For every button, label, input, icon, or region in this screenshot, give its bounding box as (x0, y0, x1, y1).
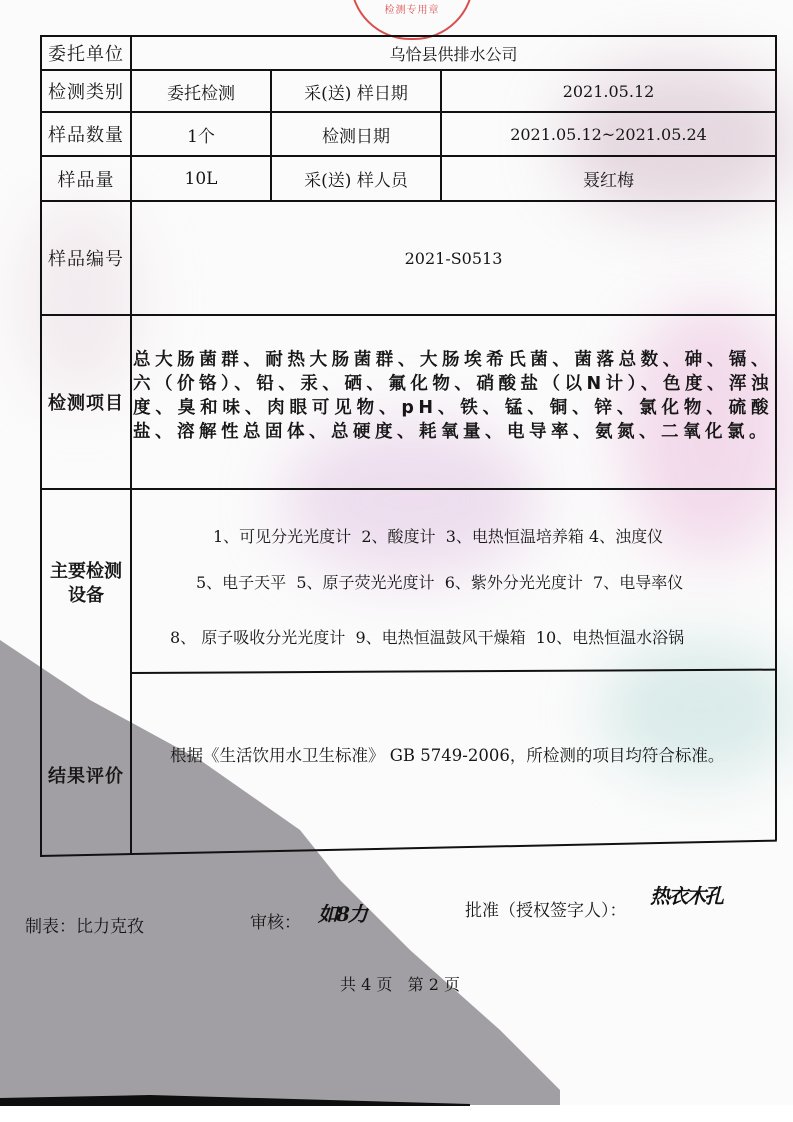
sample-count-value: 1个 (132, 113, 270, 155)
approver-signature: 热衣木孔 (650, 880, 722, 909)
test-date-label: 检测日期 (272, 113, 440, 155)
client-label: 委托单位 (42, 37, 130, 69)
result-value: 根据《生活饮用水卫生标准》 GB 5749-2006，所检测的项目均符合标准。 (170, 742, 724, 766)
test-type-label: 检测类别 (42, 71, 130, 111)
equipment-line-3: 8、 原子吸收分光光度计 9、电热恒温鼓风干燥箱 10、电热恒温水浴锅 (170, 625, 684, 648)
equipment-label-line2: 设备 (42, 584, 130, 608)
sampler-value: 聂红梅 (442, 157, 775, 200)
approved-by-label: 批准（授权签字人）： (465, 896, 627, 921)
result-label: 结果评价 (42, 755, 130, 795)
test-type-value: 委托检测 (132, 71, 270, 111)
equipment-label: 主要检测 设备 (42, 560, 130, 608)
sample-id-value: 2021-S0513 (132, 202, 775, 314)
reviewed-by-label: 审核： (250, 908, 301, 933)
sample-id-label: 样品编号 (42, 202, 130, 314)
sample-amount-label: 样品量 (42, 157, 130, 200)
sample-date-value: 2021.05.12 (442, 71, 775, 111)
sample-date-label: 采(送) 样日期 (272, 71, 440, 111)
row-divider (40, 488, 777, 490)
equipment-label-line1: 主要检测 (42, 560, 130, 584)
equipment-line-2: 5、电子天平 5、原子荧光光度计 6、紫外分光光度计 7、电导率仪 (196, 570, 683, 593)
sampler-label: 采(送) 样人员 (272, 157, 440, 200)
prepared-by: 制表：比力克孜 (25, 912, 144, 937)
sample-count-label: 样品数量 (42, 113, 130, 155)
sample-amount-value: 10L (132, 157, 270, 200)
stamp-text: 检测专用章 (385, 0, 440, 36)
test-items-value: 总大肠菌群、耐热大肠菌群、大肠埃希氏菌、菌落总数、砷、镉、六（价铬）、铅、汞、硒… (133, 348, 773, 444)
pagination: 共 4 页 第 2 页 (340, 972, 460, 995)
client-value: 乌恰县供排水公司 (132, 37, 775, 69)
equipment-line-1: 1、可见分光光度计 2、酸度计 3、电热恒温培养箱 4、浊度仪 (213, 524, 663, 547)
test-date-value: 2021.05.12~2021.05.24 (442, 113, 775, 155)
test-items-label: 检测项目 (42, 316, 130, 488)
row-divider (40, 314, 777, 316)
reviewer-signature: 如8力 (318, 898, 366, 927)
